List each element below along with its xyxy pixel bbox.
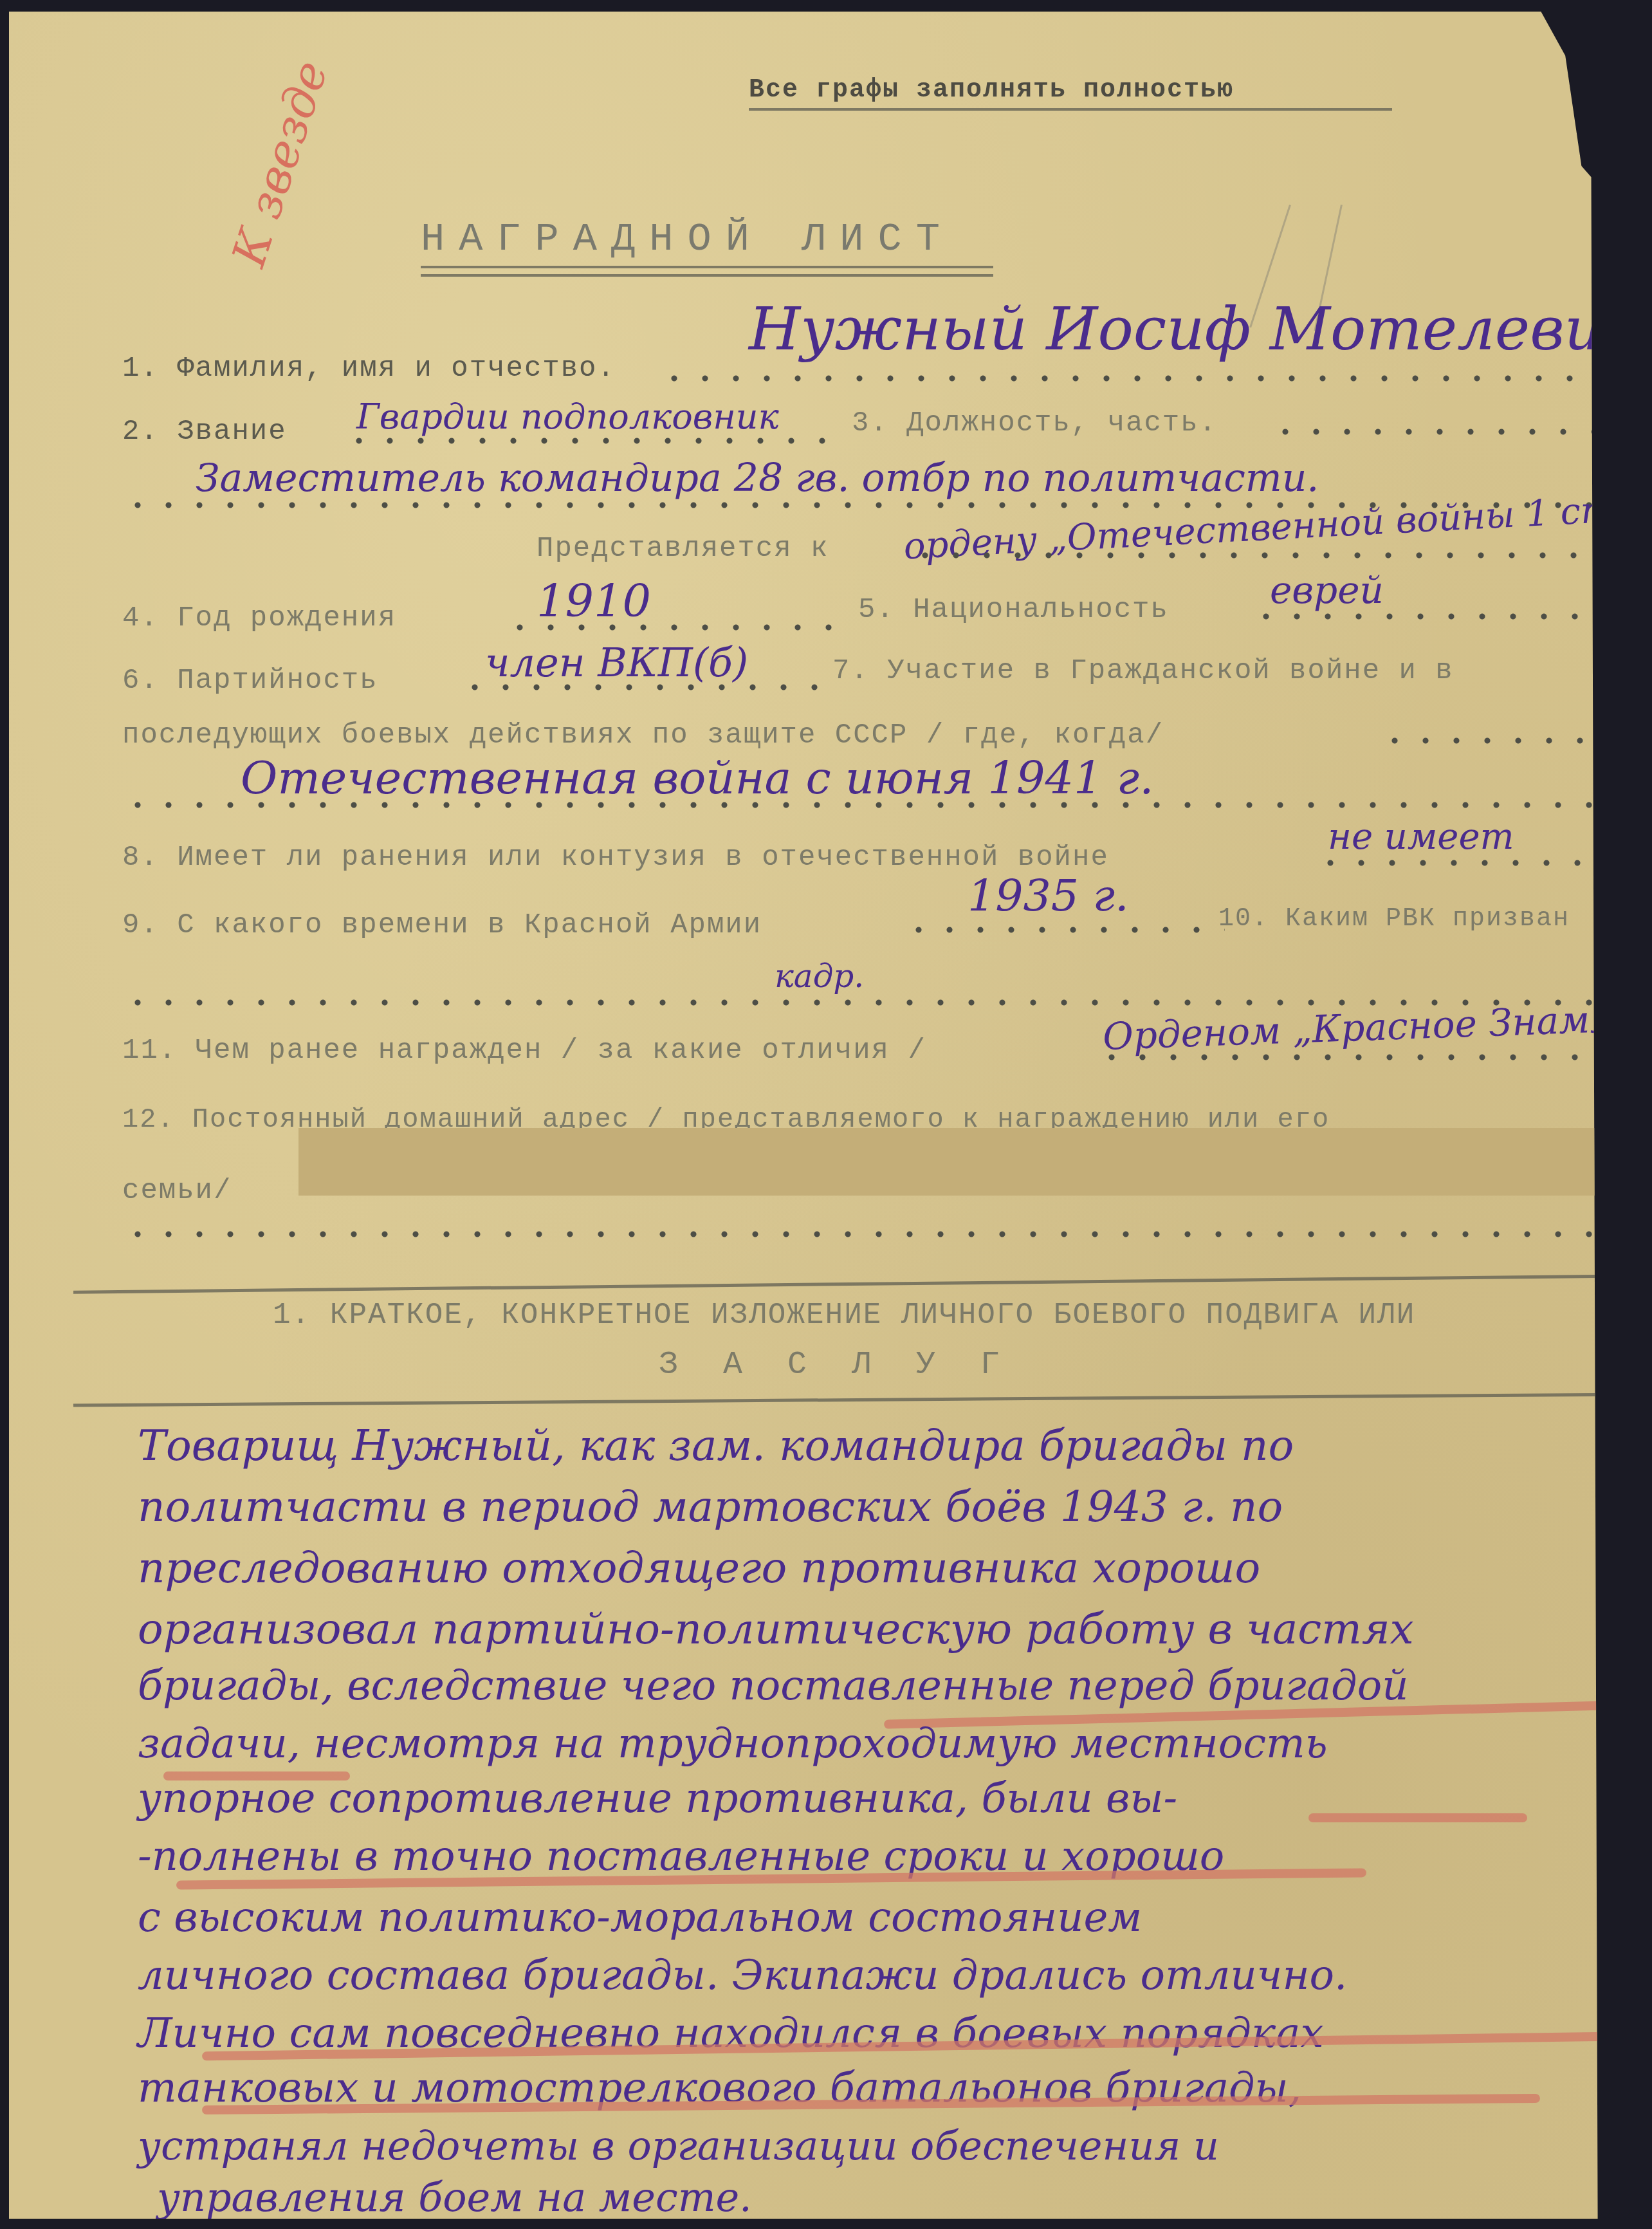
fill-instruction: Все графы заполнять полностью — [749, 76, 1234, 105]
section-heading-line2: З А С Л У Г — [659, 1347, 1013, 1383]
narrative-line: с высоким политико-моральном состоянием — [138, 1894, 1142, 1941]
field-6-label: 6. Партийность — [122, 665, 378, 697]
field-7-label-line2: последующих боевых действиях по защите С… — [122, 719, 1164, 752]
section-bottom-rule — [73, 1393, 1630, 1407]
narrative-line: преследованию отходящего противника хоро… — [138, 1543, 1260, 1593]
title-underline-1 — [421, 266, 993, 268]
field-2-value: Гвардии подполковник — [356, 396, 779, 437]
field-5-value: еврей — [1270, 568, 1384, 612]
field-12-dotted-line — [122, 1231, 1608, 1237]
award-sheet-page: Все графы заполнять полностью К звезде Н… — [9, 12, 1630, 2219]
red-underline — [1308, 1813, 1527, 1822]
field-7-dotted-line-2 — [122, 802, 1608, 808]
nominated-dotted-line — [910, 552, 1611, 559]
field-11-value: Орденом „Красное Знамя — [1102, 997, 1615, 1059]
field-3-label: 3. Должность, часть. — [852, 407, 1217, 439]
narrative-line: политчасти в период мартовских боёв 1943… — [138, 1482, 1283, 1531]
field-5-label: 5. Национальность — [858, 594, 1169, 626]
field-9-dotted-line — [903, 927, 1225, 933]
section-top-rule — [73, 1274, 1630, 1293]
narrative-line: личного состава бригады. Экипажи дрались… — [138, 1952, 1347, 1999]
field-3-dotted-line — [1270, 429, 1611, 435]
narrative-line: управления боем на месте. — [157, 2174, 752, 2221]
narrative-line: организовал партийно-политическую работу… — [138, 1604, 1414, 1654]
narrative-line: Товарищ Нужный, как зам. командира брига… — [138, 1421, 1294, 1470]
field-8-label: 8. Имеет ли ранения или контузия в отече… — [122, 842, 1109, 874]
document-title: НАГРАДНОЙ ЛИСТ — [421, 216, 954, 262]
field-7-value: Отечественная война с июня 1941 г. — [241, 752, 1153, 804]
field-2-label: 2. Звание — [122, 416, 287, 448]
field-1-value: Нужный Иосиф Мотелевич — [749, 295, 1639, 364]
field-1-label: 1. Фамилия, имя и отчество. — [122, 353, 616, 385]
field-4-label: 4. Год рождения — [122, 602, 396, 634]
field-5-dotted-line — [1251, 613, 1611, 620]
title-underline-2 — [421, 274, 993, 277]
narrative-line: упорное сопротивление противника, были в… — [138, 1775, 1177, 1822]
field-12-label-line2: семьи/ — [122, 1175, 232, 1207]
red-pencil-annotation: К звезде — [221, 54, 338, 273]
field-6-value: член ВКП(б) — [485, 639, 748, 686]
field-11-label: 11. Чем ранее награжден / за какие отлич… — [122, 1035, 926, 1067]
field-2-dotted-line — [344, 438, 845, 444]
field-9-label: 9. С какого времени в Красной Армии — [122, 909, 762, 941]
field-8-value: не имеет — [1328, 816, 1514, 858]
field-1-dotted-line — [659, 375, 1611, 382]
section-heading: 1. КРАТКОЕ, КОНКРЕТНОЕ ИЗЛОЖЕНИЕ ЛИЧНОГО… — [273, 1299, 1415, 1332]
field-10-value: кадр. — [775, 957, 864, 995]
field-4-value: 1910 — [537, 575, 651, 627]
field-8-dotted-line — [1315, 860, 1611, 866]
field-9-value: 1935 г. — [968, 871, 1129, 921]
field-10-label: 10. Каким РВК призван — [1218, 905, 1570, 934]
narrative-line: задачи, несмотря на труднопроходимую мес… — [138, 1720, 1328, 1768]
nominated-label: Представляется к — [537, 533, 829, 565]
redacted-address — [298, 1128, 1637, 1196]
instruction-underline — [749, 108, 1392, 111]
narrative-line: устранял недочеты в организации обеспече… — [138, 2122, 1219, 2169]
field-7-label: 7. Участие в Гражданской войне и в — [832, 655, 1454, 687]
field-3-value: Заместитель командира 28 гв. отбр по пол… — [196, 456, 1319, 501]
field-7-dotted-line — [1379, 737, 1611, 744]
narrative-line: бригады, вследствие чего поставленные пе… — [138, 1662, 1408, 1710]
